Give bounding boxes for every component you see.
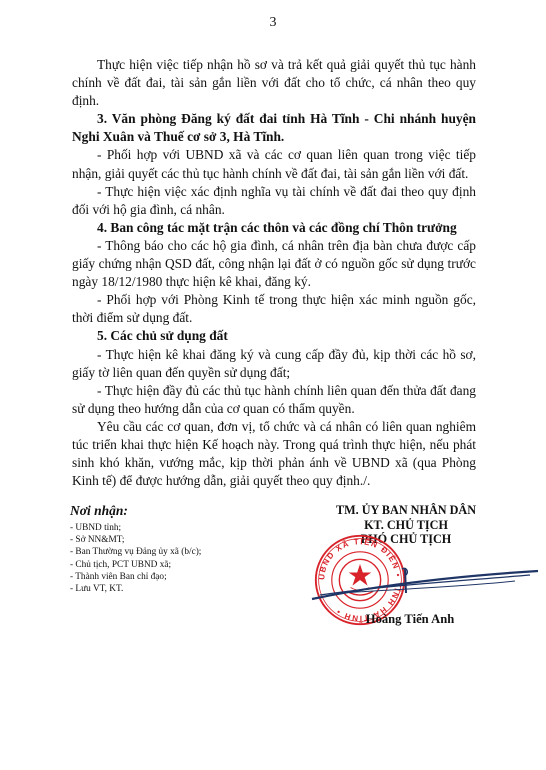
recipient-item: - Ban Thường vụ Đảng ủy xã (b/c); — [70, 546, 310, 558]
page-number: 3 — [0, 15, 546, 31]
recipient-item: - Chủ tịch, PCT UBND xã; — [70, 559, 310, 571]
signature-line-role: KT. CHỦ TỊCH — [318, 518, 494, 533]
body-paragraph: - Phối hợp với UBND xã và các cơ quan li… — [72, 146, 476, 182]
body-paragraph: Thực hiện việc tiếp nhận hồ sơ và trả kế… — [72, 56, 476, 110]
section-heading: 3. Văn phòng Đăng ký đất đai tỉnh Hà Tĩn… — [72, 110, 476, 146]
section-heading: 5. Các chủ sử dụng đất — [72, 327, 476, 345]
body-paragraph: - Thực hiện việc xác định nghĩa vụ tài c… — [72, 183, 476, 219]
recipient-item: - Lưu VT, KT. — [70, 583, 310, 595]
signature-line-org: TM. ỦY BAN NHÂN DÂN — [318, 503, 494, 518]
recipients-title: Nơi nhận: — [70, 503, 310, 519]
recipient-item: - UBND tỉnh; — [70, 522, 310, 534]
body-paragraph: - Thực hiện đầy đủ các thủ tục hành chín… — [72, 382, 476, 418]
handwritten-signature — [310, 565, 540, 605]
recipient-item: - Thành viên Ban chỉ đạo; — [70, 571, 310, 583]
section-heading: 4. Ban công tác mặt trận các thôn và các… — [72, 219, 476, 237]
recipient-item: - Sở NN&MT; — [70, 534, 310, 546]
body-paragraph: - Phối hợp với Phòng Kinh tế trong thực … — [72, 291, 476, 327]
body-paragraph: Yêu cầu các cơ quan, đơn vị, tổ chức và … — [72, 418, 476, 490]
signer-name: Hoàng Tiến Anh — [318, 612, 494, 627]
recipient-list: - UBND tỉnh;- Sở NN&MT;- Ban Thường vụ Đ… — [70, 522, 310, 595]
body-paragraph: - Thông báo cho các hộ gia đình, cá nhân… — [72, 237, 476, 291]
document-body: Thực hiện việc tiếp nhận hồ sơ và trả kế… — [72, 56, 476, 490]
recipients-block: Nơi nhận: - UBND tỉnh;- Sở NN&MT;- Ban T… — [70, 503, 310, 595]
body-paragraph: - Thực hiện kê khai đăng ký và cung cấp … — [72, 346, 476, 382]
